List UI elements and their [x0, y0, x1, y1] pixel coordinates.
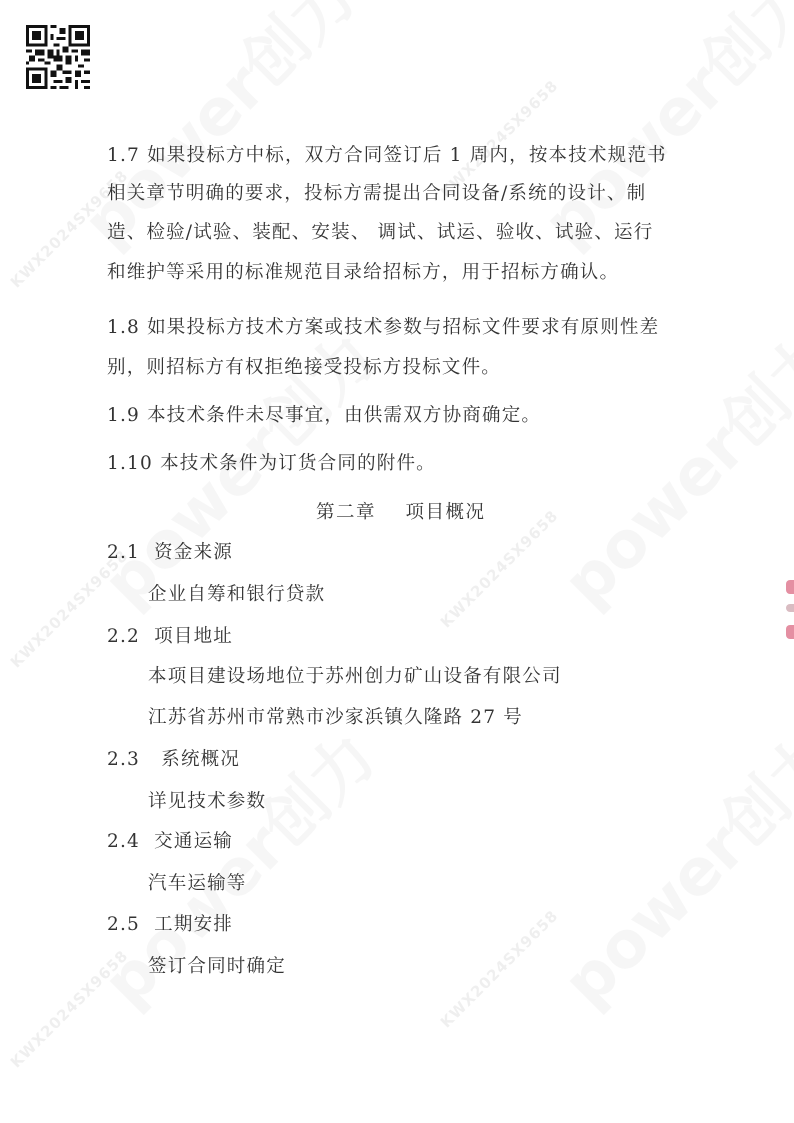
seal-mark: [786, 604, 794, 612]
section-2-2-body-line-2: 江苏省苏州市常熟市沙家浜镇久隆路 27 号: [148, 707, 523, 729]
section-2-2-body-line-1: 本项目建设场地位于苏州创力矿山设备有限公司: [148, 666, 562, 688]
section-2-2-title: 2.2 项目地址: [107, 626, 233, 648]
watermark-code: KWX2024SX9658: [437, 507, 562, 632]
section-2-5-body: 签订合同时确定: [148, 956, 286, 978]
watermark-code: KWX2024SX9658: [7, 947, 132, 1072]
watermark-code: KWX2024SX9658: [437, 907, 562, 1032]
paragraph-1-7-line-4: 和维护等采用的标准规范目录给招标方，用于招标方确认。: [107, 262, 619, 284]
paragraph-1-10: 1.10 本技术条件为订货合同的附件。: [107, 453, 436, 475]
paragraph-1-9: 1.9 本技术条件未尽事宜，由供需双方协商确定。: [107, 405, 541, 427]
section-2-4-body: 汽车运输等: [148, 873, 247, 895]
paragraph-1-7-line-3: 造、检验/试验、装配、安装、 调试、试运、验收、试验、运行: [107, 222, 653, 244]
watermark: power创力: [539, 309, 794, 623]
section-2-3-body: 详见技术参数: [148, 791, 266, 813]
watermark-code: KWX2024SX9658: [7, 547, 132, 672]
section-2-1-body: 企业自筹和银行贷款: [148, 584, 325, 606]
document-page: power创力 power创力 power创力 power创力 power创力 …: [0, 0, 794, 1123]
seal-mark: [786, 625, 794, 639]
paragraph-1-8-line-1: 1.8 如果投标方技术方案或技术参数与招标文件要求有原则性差: [107, 317, 659, 339]
watermark: power创力: [539, 709, 794, 1023]
seal-mark: [786, 580, 794, 594]
section-2-5-title: 2.5 工期安排: [107, 914, 233, 936]
paragraph-1-8-line-2: 别，则招标方有权拒绝接受投标方投标文件。: [107, 357, 501, 379]
paragraph-1-7-line-1: 1.7 如果投标方中标，双方合同签订后 1 周内，按本技术规范书: [107, 145, 667, 167]
section-2-3-title: 2.3 系统概况: [107, 749, 240, 771]
paragraph-1-7-line-2: 相关章节明确的要求，投标方需提出合同设备/系统的设计、制: [107, 183, 646, 205]
chapter-2-title: 第二章 项目概况: [316, 502, 486, 524]
section-2-1-title: 2.1 资金来源: [107, 542, 233, 564]
section-2-4-title: 2.4 交通运输: [107, 831, 233, 853]
qr-code-icon: [26, 25, 90, 89]
